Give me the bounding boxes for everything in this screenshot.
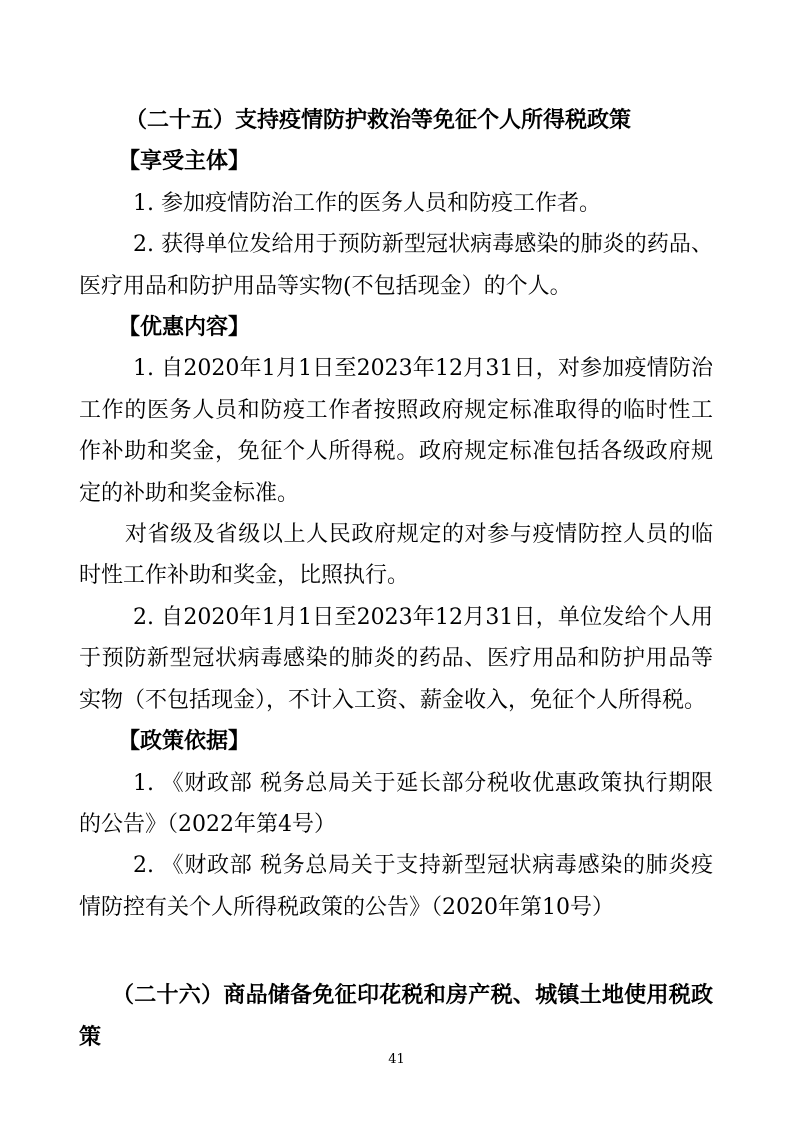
heading-eligible-subject: 【享受主体】 [79,141,713,182]
section-25-title: （二十五）支持疫情防护救治等免征个人所得税政策 [79,100,713,141]
page-number: 41 [0,1050,793,1070]
eligible-subject-item-2: 2. 获得单位发给用于预防新型冠状病毒感染的肺炎的药品、医疗用品和防护用品等实物… [79,224,713,307]
benefit-content-item-1: 1. 自2020年1月1日至2023年12月31日，对参加疫情防治工作的医务人员… [79,348,713,514]
heading-policy-basis: 【政策依据】 [79,721,713,762]
policy-basis-item-2: 2. 《财政部 税务总局关于支持新型冠状病毒感染的肺炎疫情防控有关个人所得税政策… [79,845,713,928]
heading-benefit-content: 【优惠内容】 [79,307,713,348]
policy-basis-item-1: 1. 《财政部 税务总局关于延长部分税收优惠政策执行期限的公告》（2022年第4… [79,763,713,846]
eligible-subject-item-1: 1. 参加疫情防治工作的医务人员和防疫工作者。 [79,183,713,224]
benefit-content-item-1-note: 对省级及省级以上人民政府规定的对参与疫情防控人员的临时性工作补助和奖金，比照执行… [79,514,713,597]
document-page: （二十五）支持疫情防护救治等免征个人所得税政策 【享受主体】 1. 参加疫情防治… [0,0,793,1122]
section-26-title: （二十六）商品储备免征印花税和房产税、城镇土地使用税政策 [79,975,713,1058]
benefit-content-item-2: 2. 自2020年1月1日至2023年12月31日，单位发给个人用于预防新型冠状… [79,597,713,721]
section-separator [79,928,713,975]
